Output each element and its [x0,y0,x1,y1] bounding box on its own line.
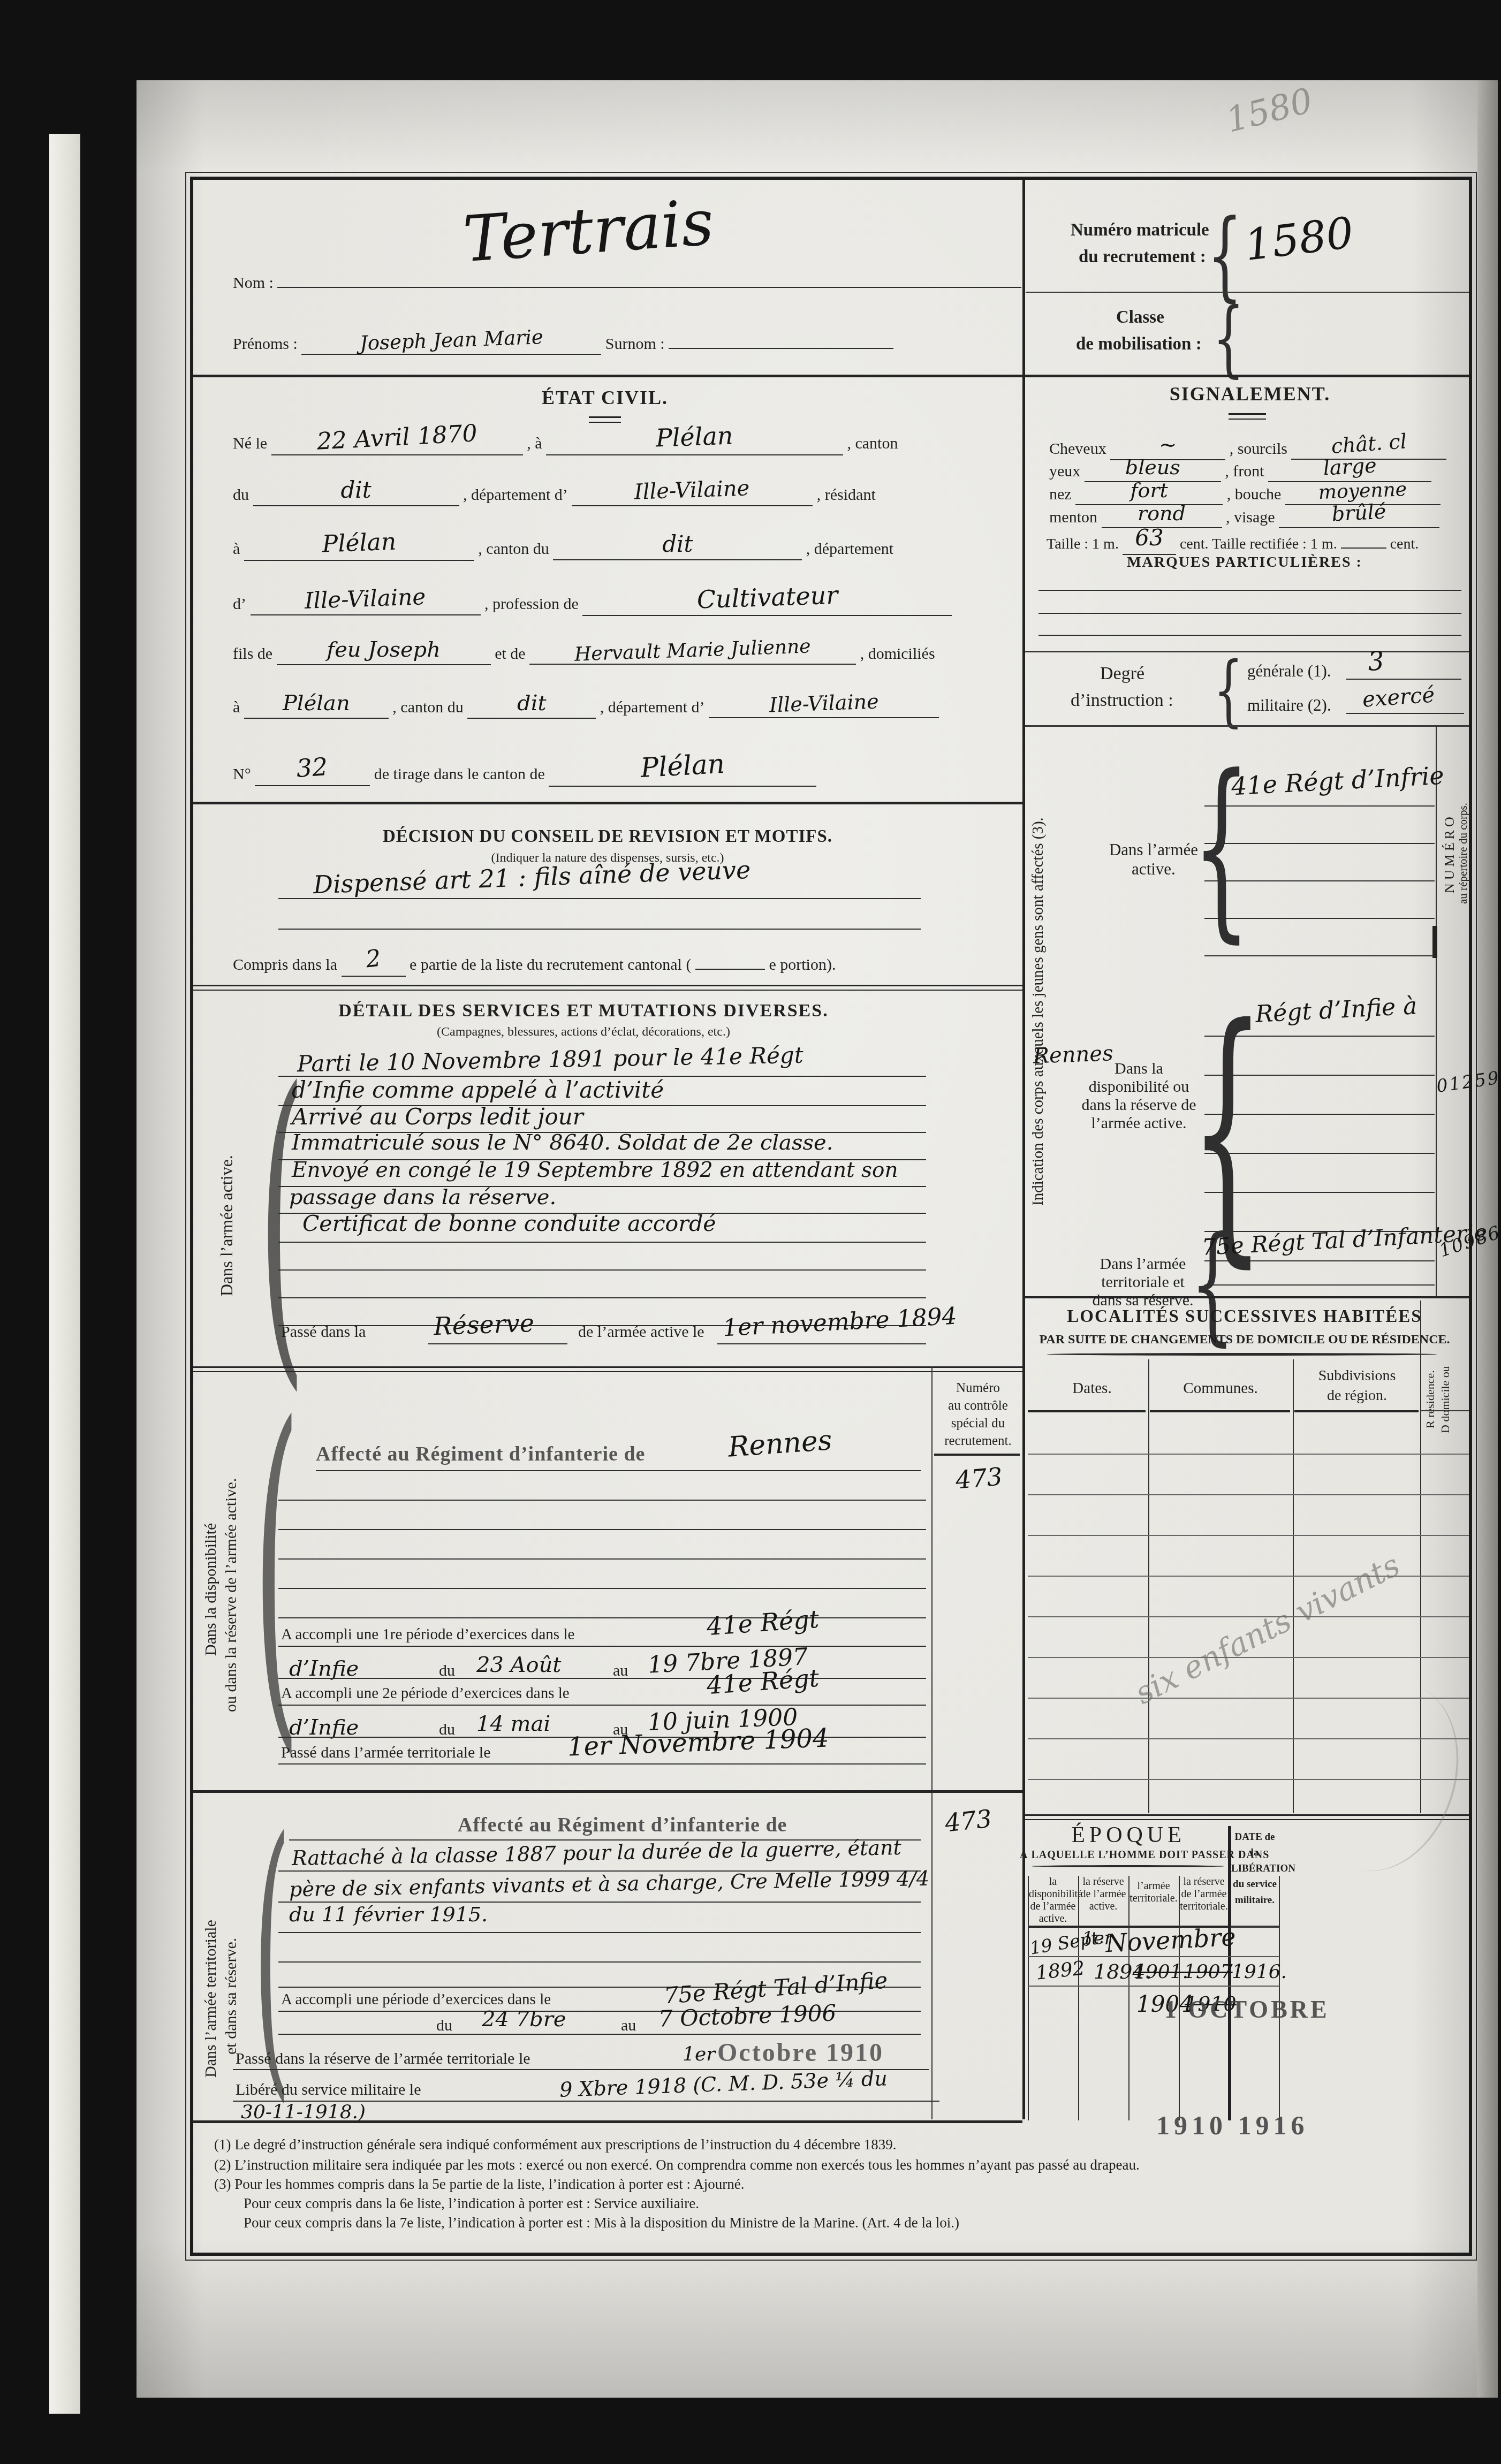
tirage-canton: Plélan [640,748,725,784]
controle-header-2: au contrôle [935,1398,1021,1413]
portion-line [695,969,765,970]
ne-le-label: Né le [233,435,267,453]
terr-periode-label: A accompli une période d’exercices dans … [281,1991,551,2009]
periode1-du-value: 23 Août [476,1653,561,1677]
canton-value: dit [340,477,371,503]
domicile-value: Plélan [283,691,350,716]
surnom-line [669,348,893,349]
localites-col-subdiv-1: Subdivisions [1295,1367,1419,1385]
service-line-text: Arrivé au Corps ledit jour [292,1104,583,1130]
canton-label: , canton [847,435,898,453]
services-title: DÉTAIL DES SERVICES ET MUTATIONS DIVERSE… [222,1001,945,1021]
compris-label-3: e portion). [769,956,836,974]
passe-reserve-value-1: Réserve [433,1309,535,1341]
cheveux-label: Cheveux [1049,440,1106,458]
localites-scroll-rule [1047,1353,1437,1356]
etat-row-2: du dit , département d’ Ille-Vilaine , r… [233,479,876,506]
epoque-col3-header: l’armée territoriale. [1129,1880,1178,1905]
periode1-label: A accompli une 1re période d’exercices d… [281,1626,574,1644]
service-line-text: Immatriculé sous le N° 8640. Soldat de 2… [292,1130,833,1155]
visage-value: brûlé [1331,499,1387,526]
nom-label: Nom : [233,274,274,292]
center-divider [1022,180,1025,2119]
service-line-text: d’Infie comme appelé à l’activité [292,1077,664,1103]
controle-header-3: spécial du [935,1416,1021,1431]
menton-row: menton rond , visage brûlé [1049,504,1439,528]
stamp-affecte-dispo: Affecté au Régiment d’infanterie de [316,1442,645,1466]
localites-subtitle: PAR SUITE DE CHANGEMENTS DE DOMICILE OU … [1036,1333,1453,1347]
matricule-label-1: Numéro matricule [1071,220,1209,240]
repertoire-header-2: au répertoire du corps. [1457,741,1470,966]
epoque-c3a: 1901. [1133,1961,1188,1983]
fils-label: fils de [233,645,272,663]
corps-dispo-value-2: Rennes [1033,1041,1113,1068]
yeux-label: yeux [1049,462,1080,481]
controle-number-dispo: 473 [954,1462,1004,1494]
nom-row: Nom : [233,274,1021,292]
mother-value: Hervault Marie Julienne [574,635,812,665]
terr-au-label: au [621,2017,636,2035]
services-subtitle: (Campagnes, blessures, actions d’éclat, … [222,1025,945,1039]
degre-brace: { [1214,652,1244,729]
front-label: , front [1225,462,1264,481]
title-rule [589,416,621,423]
decision-title: DÉCISION DU CONSEIL DE REVISION ET MOTIF… [265,827,950,847]
departement-value: Ille-Vilaine [634,476,750,504]
localites-title: LOCALITÉS SUCCESSIVES HABITÉES [1041,1307,1448,1327]
etat-row-4: d’ Ille-Vilaine , profession de Cultivat… [233,586,952,616]
yeux-value: bleus [1125,455,1180,479]
corner-pencil-note: 1580 [1222,81,1316,140]
repertoire-column-tick [1432,926,1437,958]
canton3-value: dit [517,691,546,716]
menton-value: rond [1138,501,1186,525]
sidebar-dispo-1: Dans la disponibilité [202,1418,220,1761]
stamp-octobre-1910: Octobre 1910 [717,2038,884,2067]
epoque-subtitle: À LAQUELLE L’HOMME DOIT PASSER DANS [1020,1849,1234,1861]
degre-label-2: d’instruction : [1071,690,1173,711]
footnote-3: (3) Pour les hommes compris dans la 5e p… [214,2176,745,2193]
sidebar-armee-active: Dans l’armée active. [217,1076,237,1375]
tirage-number: 32 [295,752,329,783]
passe-reserve-label-2: de l’armée active le [578,1323,704,1341]
libere-label: Libéré du service militaire le [236,2081,421,2099]
sidebar-corps: Indication des corps auxquels les jeunes… [1029,736,1047,1287]
terr-du-value: 24 7bre [482,2007,566,2032]
epoque-c4a: 1907 [1184,1961,1233,1983]
periode2-label: A accompli une 2e période d’exercices da… [281,1685,570,1702]
passe-reserve-terr-label: Passé dans la réserve de l’armée territo… [236,2050,530,2068]
epoque-c5: 1916. [1232,1961,1287,1983]
compris-label-2: e partie de la liste du recrutement cant… [410,956,691,974]
periode2-du-value: 14 mai [476,1712,550,1736]
ne-le-value: 22 Avril 1870 [316,420,477,455]
stamp-affecte-terr: Affecté au Régiment d’infanterie de [458,1813,787,1837]
book-binding-edge [49,134,80,2414]
degre-label-1: Degré [1100,664,1144,684]
nom-line [277,287,1021,288]
degre-generale-value: 3 [1367,646,1385,677]
epoque-col2-header: la réserve de l’armée active. [1079,1876,1127,1913]
terr-du-label: du [436,2017,452,2035]
bouche-label: , bouche [1227,485,1282,504]
tirage-row: N° 32 de tirage dans le canton de Plélan [233,755,816,787]
etat-civil-title: ÉTAT CIVIL. [479,386,731,409]
bouche-value: moyenne [1318,478,1407,504]
canton2-value: dit [662,531,693,557]
epoque-title: ÉPOQUE [1028,1822,1229,1848]
footnote-2: (2) L’instruction militaire sera indiqué… [214,2157,1140,2173]
etat-row-3: à Plélan , canton du dit , département [233,533,893,561]
prenoms-label: Prénoms : [233,335,298,353]
corps-dispo-label: Dans la disponibilité ou dans la réserve… [1081,1060,1196,1132]
taille-label-3: cent. [1390,536,1419,553]
compris-row: Compris dans la 2 e partie de la liste d… [233,948,836,977]
military-register-scan: 1580 Tertrais Nom : Prénoms : Joseph Jea… [0,0,1501,2464]
epoque-scroll-rule [1032,1865,1224,1867]
du-label: du [233,486,249,504]
menton-label: menton [1049,508,1097,527]
a2-label: à [233,540,240,558]
service-line-text: passage dans la réserve. [289,1185,556,1210]
a-label: , à [527,435,542,453]
signalement-rule [1229,413,1266,420]
localites-col-communes: Communes. [1151,1380,1290,1397]
libere-value-2: 30-11-1918.) [241,2101,366,2123]
sourcils-label: , sourcils [1230,440,1287,458]
nez-value: fort [1130,478,1168,502]
taille-row: Taille : 1 m. 63 cent. Taille rectifiée … [1047,528,1419,555]
numero-label: N° [233,765,251,784]
epoque-date-header: DATE de la LIBÉRATION du service militai… [1231,1829,1278,1908]
etat-row-6: à Plélan , canton du dit , département d… [233,693,939,719]
etat-row-5: fils de feu Joseph et de Hervault Marie … [233,640,935,665]
prenoms-row: Prénoms : Joseph Jean Marie Surnom : [233,331,893,355]
surnom-label: Surnom : [605,335,665,353]
nez-label: nez [1049,485,1072,504]
degre-generale-label: générale (1). [1247,661,1331,681]
localites-col-dates: Dates. [1036,1380,1148,1397]
taille-rectifiee-line [1341,547,1386,549]
epoque-col4-header: la réserve de l’armée territoriale. [1180,1876,1228,1913]
periode2-du-label: du [439,1721,455,1739]
d3-label: d’ [233,595,246,613]
stamp-1-octobre: 1 OCTOBRE [1164,1995,1330,2024]
birthplace-value: Plélan [655,421,733,452]
cheveux-value: ~ [1159,432,1177,457]
terr-note-line: du 11 février 1915. [289,1903,488,1926]
etde-label: et de [495,645,525,663]
dept4-value: Ille-Vilaine [769,689,879,717]
sidebar-dispo-2: ou dans la réserve de l’armée active. [222,1391,240,1798]
service-line-text: Envoyé en congé le 19 Septembre 1892 en … [292,1158,898,1182]
passe-reserve-label-1: Passé dans la [281,1323,366,1341]
classe-label-2: de mobilisation : [1076,334,1202,354]
passe-reserve-terr-value: 1er [683,2043,715,2065]
yeux-row: yeux bleus , front large [1049,458,1431,482]
classe-label-1: Classe [1116,308,1164,328]
compris-value: 2 [364,945,382,974]
controle-column-line [931,1366,933,2119]
footnote-1: (1) Le degré d’instruction générale sera… [214,2136,897,2153]
epoque-col1-header: la disponibilité de l’armée active. [1029,1876,1077,1925]
controle-header-4: recrutement. [935,1434,1021,1449]
degre-militaire-value: exercé [1362,682,1436,712]
taille-value: 63 [1135,524,1163,551]
dept2-label: , département [806,540,893,558]
etat-row-1: Né le 22 Avril 1870 , à Plélan , canton [233,425,898,455]
cheveux-row: Cheveux ~ , sourcils chât. cl [1049,435,1446,460]
controle-number-terr: 473 [943,1804,993,1838]
residence-value: Plélan [322,528,397,558]
service-line-text: Certificat de bonne conduite accordé [302,1211,716,1236]
compris-label-1: Compris dans la [233,956,337,974]
classe-brace: { [1212,297,1245,379]
footnote-4: Pour ceux compris dans la 6e liste, l’in… [244,2195,699,2212]
visage-label: , visage [1226,508,1275,527]
periode1-au-label: au [613,1662,628,1680]
departement-label: , département d’ [463,486,568,504]
canton2-label: , canton du [478,540,549,558]
domicilies-label: , domiciliés [860,645,935,663]
taille-label-2: cent. Taille rectifiée : 1 m. [1180,536,1337,553]
marques-title: MARQUES PARTICULIÈRES : [1047,554,1443,571]
localites-col-subdiv-2: de région. [1295,1387,1419,1404]
footnote-5: Pour ceux compris dans la 7e liste, l’in… [244,2215,959,2231]
corps-terr-label: Dans l’armée territoriale et dans sa rés… [1087,1255,1199,1310]
father-value: feu Joseph [327,637,441,662]
controle-header-1: Numéro [935,1381,1021,1396]
profession-label: , profession de [484,595,579,613]
front-value: large [1322,453,1377,480]
dept3-value: Ille-Vilaine [304,583,426,614]
degre-militaire-label: militaire (2). [1247,696,1331,715]
matricule-label-2: du recrutement : [1079,247,1206,267]
signalement-title: SIGNALEMENT. [1047,383,1453,405]
passe-territoriale-label: Passé dans l’armée territoriale le [281,1744,491,1762]
periode1-du-label: du [439,1662,455,1680]
profession-value: Cultivateur [696,580,838,614]
matricule-brace: { [1207,206,1242,303]
repertoire-column-line [1436,725,1437,1296]
tirage-label: de tirage dans le canton de [374,765,545,784]
residant-label: , résidant [817,486,876,504]
taille-label-1: Taille : 1 m. [1047,536,1119,553]
register-sheet: 1580 Tertrais Nom : Prénoms : Joseph Jea… [137,80,1477,2398]
stamp-1910-1916: 1910 1916 [1156,2110,1309,2141]
